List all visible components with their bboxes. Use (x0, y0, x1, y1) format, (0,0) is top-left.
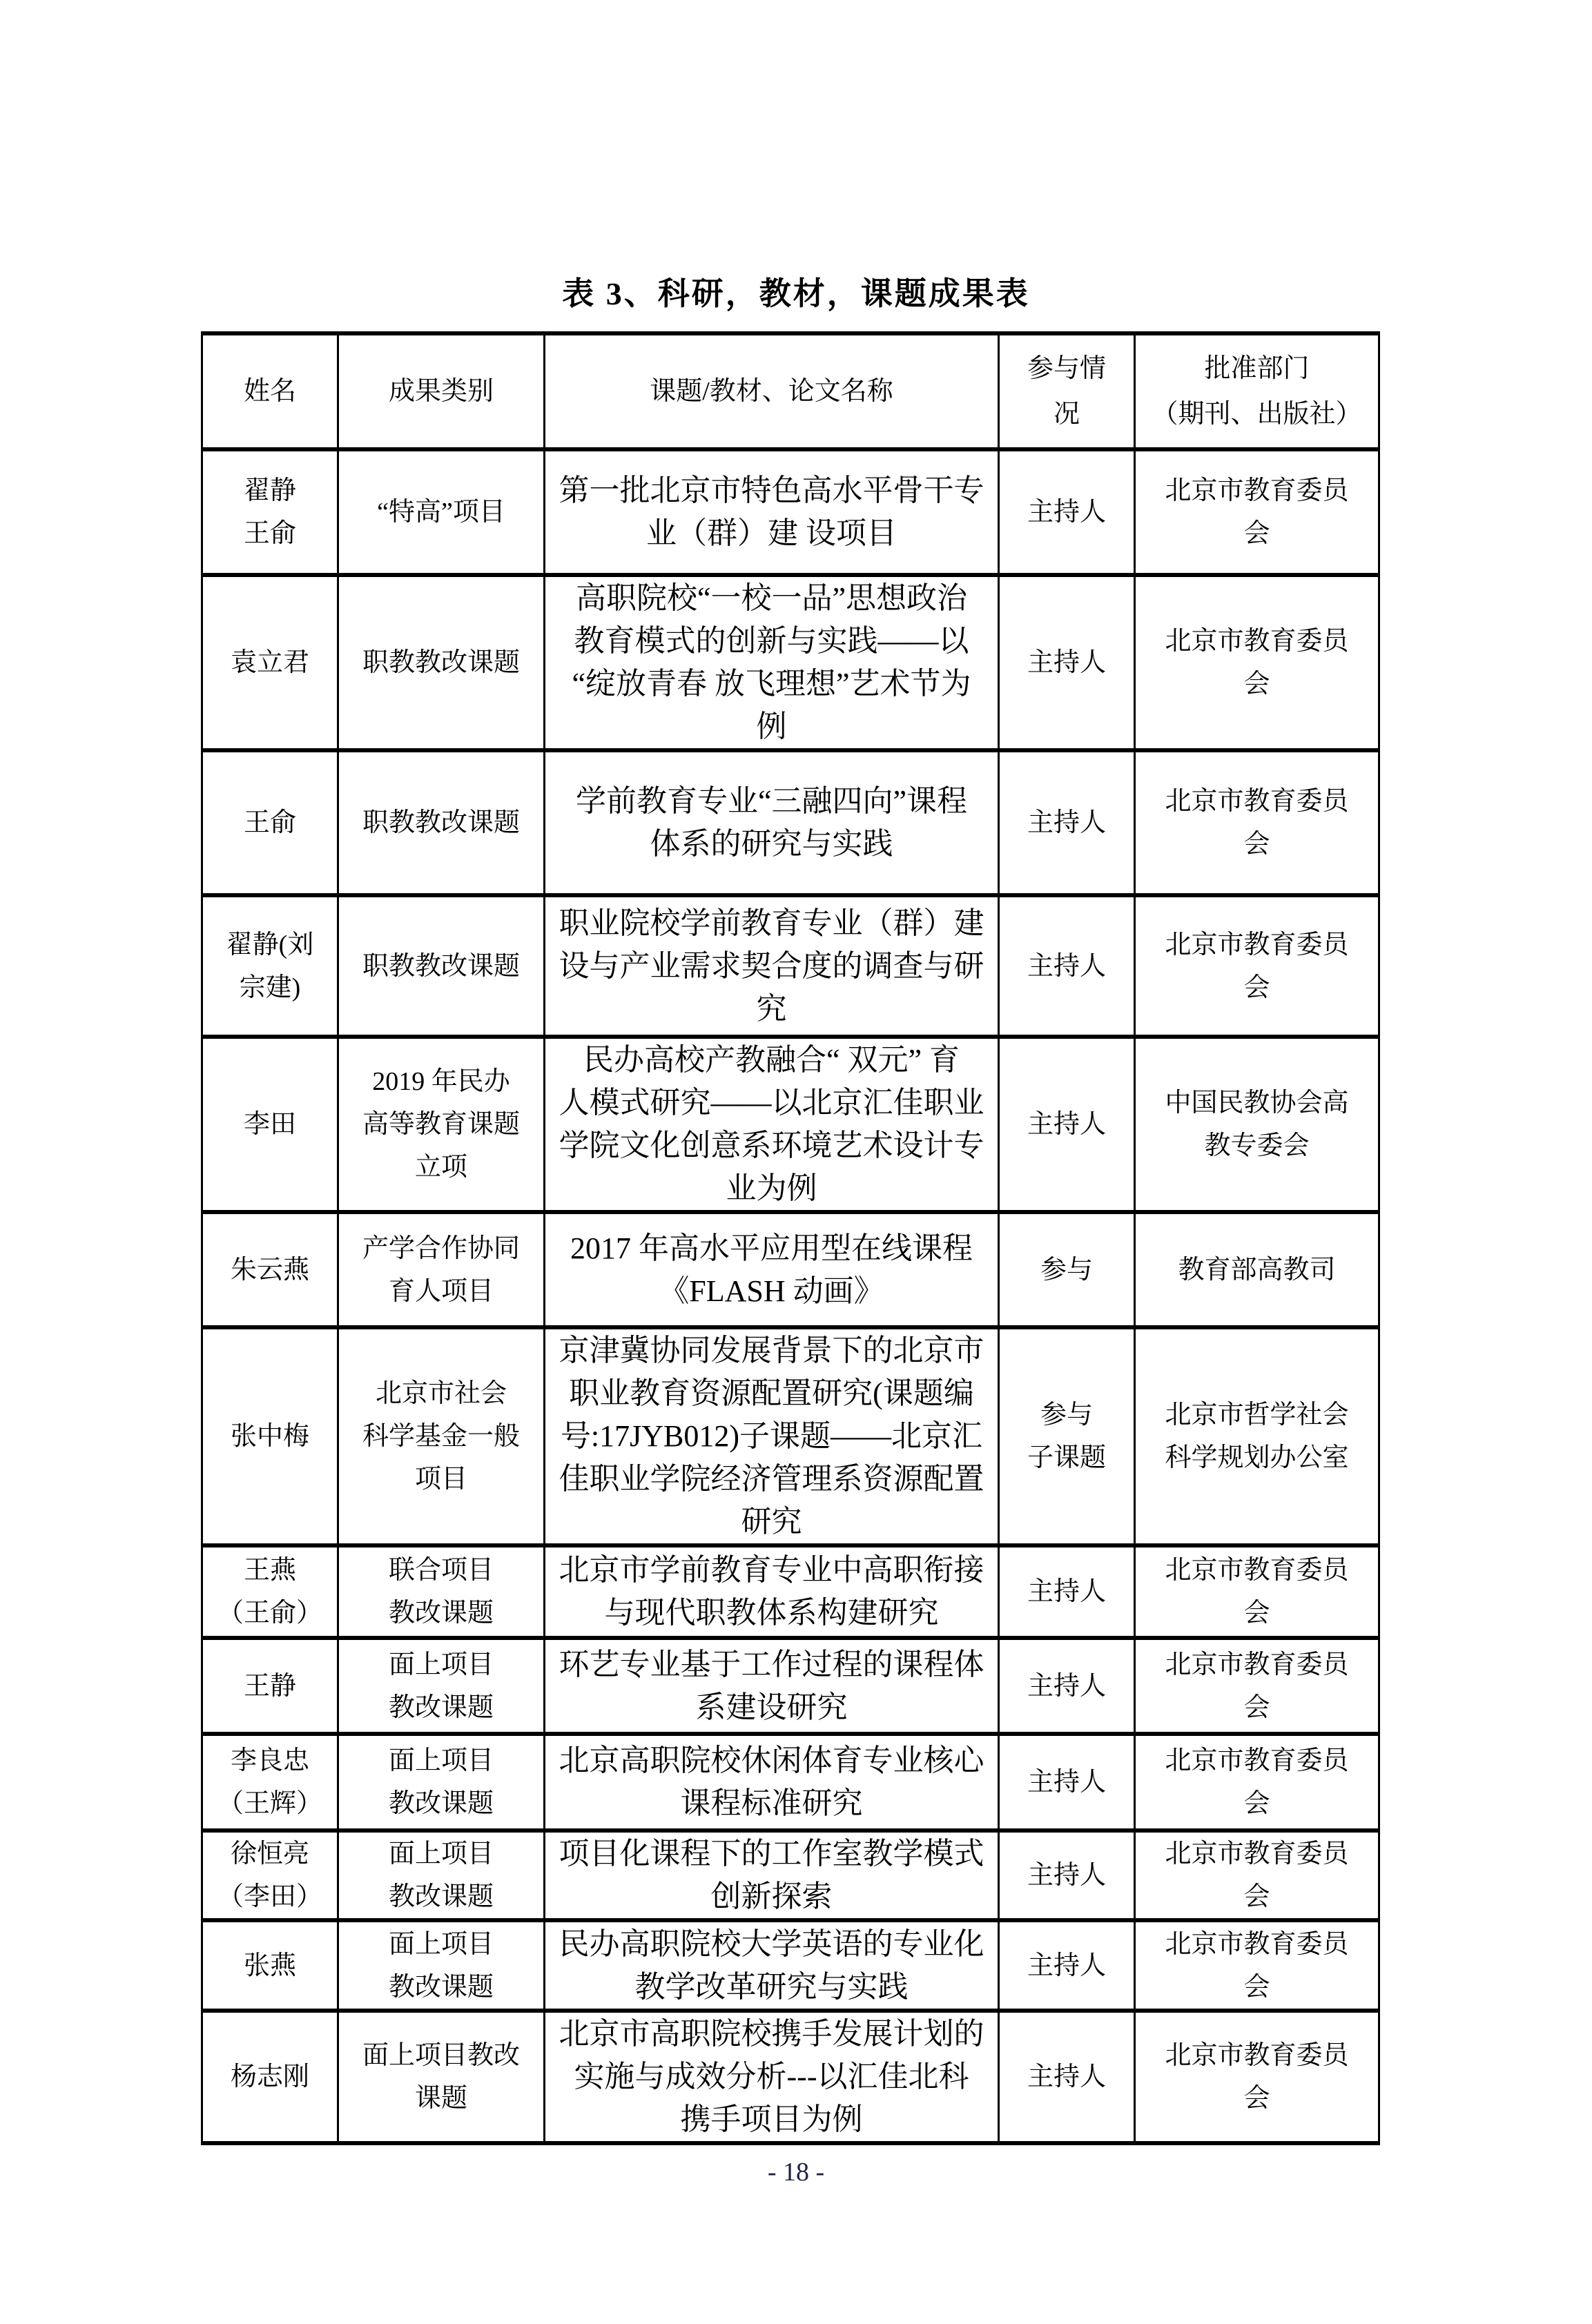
cell-participation: 参与 (999, 1212, 1135, 1327)
cell-name: 徐恒亮 （李田） (202, 1830, 338, 1920)
table-row: 王俞 职教教改课题 学前教育专业“三融四向”课程 体系的研究与实践 主持人 北京… (202, 750, 1379, 895)
cell-work: 北京市高职院校携手发展计划的 实施与成效分析---以汇佳北科 携手项目为例 (545, 2011, 999, 2143)
cell-work: 职业院校学前教育专业（群）建 设与产业需求契合度的调查与研 究 (545, 895, 999, 1037)
cell-category: 产学合作协同 育人项目 (338, 1212, 545, 1327)
header-category: 成果类别 (338, 333, 545, 449)
table-row: 王燕 （王俞） 联合项目 教改课题 北京市学前教育专业中高职衔接 与现代职教体系… (202, 1545, 1379, 1638)
cell-category: 北京市社会 科学基金一般 项目 (338, 1327, 545, 1545)
table-row: 张燕 面上项目 教改课题 民办高职院校大学英语的专业化 教学改革研究与实践 主持… (202, 1920, 1379, 2011)
cell-department: 北京市教育委员 会 (1135, 1638, 1379, 1734)
cell-work: 高职院校“一校一品”思想政治 教育模式的创新与实践——以 “绽放青春 放飞理想”… (545, 575, 999, 750)
cell-department: 北京市教育委员 会 (1135, 1920, 1379, 2011)
cell-name: 王静 (202, 1638, 338, 1734)
cell-work: 京津冀协同发展背景下的北京市 职业教育资源配置研究(课题编 号:17JYB012… (545, 1327, 999, 1545)
cell-name: 张燕 (202, 1920, 338, 2011)
cell-category: 2019 年民办 高等教育课题 立项 (338, 1037, 545, 1212)
table-row: 翟静 王俞 “特高”项目 第一批北京市特色高水平骨干专 业（群）建 设项目 主持… (202, 449, 1379, 575)
cell-department: 北京市教育委员 会 (1135, 895, 1379, 1037)
header-department: 批准部门 （期刊、出版社） (1135, 333, 1379, 449)
cell-department: 中国民教协会高 教专委会 (1135, 1037, 1379, 1212)
cell-work: 北京市学前教育专业中高职衔接 与现代职教体系构建研究 (545, 1545, 999, 1638)
cell-name: 李良忠 （王辉） (202, 1734, 338, 1830)
cell-participation: 主持人 (999, 575, 1135, 750)
cell-work: 2017 年高水平应用型在线课程 《FLASH 动画》 (545, 1212, 999, 1327)
cell-name: 杨志刚 (202, 2011, 338, 2143)
cell-category: 联合项目 教改课题 (338, 1545, 545, 1638)
cell-category: 面上项目教改 课题 (338, 2011, 545, 2143)
table-row: 张中梅 北京市社会 科学基金一般 项目 京津冀协同发展背景下的北京市 职业教育资… (202, 1327, 1379, 1545)
cell-name: 李田 (202, 1037, 338, 1212)
cell-work: 学前教育专业“三融四向”课程 体系的研究与实践 (545, 750, 999, 895)
table-header-row: 姓名 成果类别 课题/教材、论文名称 参与情 况 批准部门 （期刊、出版社） (202, 333, 1379, 449)
cell-participation: 主持人 (999, 1638, 1135, 1734)
table-row: 王静 面上项目 教改课题 环艺专业基于工作过程的课程体 系建设研究 主持人 北京… (202, 1638, 1379, 1734)
cell-participation: 主持人 (999, 895, 1135, 1037)
cell-name: 翟静(刘 宗建) (202, 895, 338, 1037)
cell-category: 职教教改课题 (338, 895, 545, 1037)
cell-name: 张中梅 (202, 1327, 338, 1545)
header-participation: 参与情 况 (999, 333, 1135, 449)
table-row: 杨志刚 面上项目教改 课题 北京市高职院校携手发展计划的 实施与成效分析---以… (202, 2011, 1379, 2143)
cell-department: 北京市教育委员 会 (1135, 2011, 1379, 2143)
cell-name: 王俞 (202, 750, 338, 895)
cell-department: 北京市教育委员 会 (1135, 750, 1379, 895)
table-row: 朱云燕 产学合作协同 育人项目 2017 年高水平应用型在线课程 《FLASH … (202, 1212, 1379, 1327)
cell-department: 北京市教育委员 会 (1135, 1830, 1379, 1920)
cell-work: 北京高职院校休闲体育专业核心 课程标准研究 (545, 1734, 999, 1830)
document-page: 表 3、科研，教材，课题成果表 姓名 成果类别 课题/教材、论文名称 参与情 况… (0, 0, 1592, 2324)
cell-category: 面上项目 教改课题 (338, 1830, 545, 1920)
cell-participation: 主持人 (999, 449, 1135, 575)
cell-work: 项目化课程下的工作室教学模式 创新探索 (545, 1830, 999, 1920)
cell-participation: 主持人 (999, 750, 1135, 895)
table-row: 徐恒亮 （李田） 面上项目 教改课题 项目化课程下的工作室教学模式 创新探索 主… (202, 1830, 1379, 1920)
header-name: 姓名 (202, 333, 338, 449)
cell-participation: 主持人 (999, 1037, 1135, 1212)
cell-category: “特高”项目 (338, 449, 545, 575)
results-table: 姓名 成果类别 课题/教材、论文名称 参与情 况 批准部门 （期刊、出版社） 翟… (201, 331, 1380, 2145)
table-row: 翟静(刘 宗建) 职教教改课题 职业院校学前教育专业（群）建 设与产业需求契合度… (202, 895, 1379, 1037)
cell-name: 王燕 （王俞） (202, 1545, 338, 1638)
header-work: 课题/教材、论文名称 (545, 333, 999, 449)
cell-participation: 主持人 (999, 1830, 1135, 1920)
cell-name: 袁立君 (202, 575, 338, 750)
table-row: 李田 2019 年民办 高等教育课题 立项 民办高校产教融合“ 双元” 育 人模… (202, 1037, 1379, 1212)
cell-department: 北京市教育委员 会 (1135, 1545, 1379, 1638)
cell-category: 面上项目 教改课题 (338, 1638, 545, 1734)
cell-category: 面上项目 教改课题 (338, 1734, 545, 1830)
cell-participation: 主持人 (999, 1734, 1135, 1830)
cell-name: 朱云燕 (202, 1212, 338, 1327)
cell-category: 职教教改课题 (338, 575, 545, 750)
cell-work: 民办高校产教融合“ 双元” 育 人模式研究——以北京汇佳职业 学院文化创意系环境… (545, 1037, 999, 1212)
cell-work: 环艺专业基于工作过程的课程体 系建设研究 (545, 1638, 999, 1734)
cell-participation: 参与 子课题 (999, 1327, 1135, 1545)
cell-participation: 主持人 (999, 2011, 1135, 2143)
cell-participation: 主持人 (999, 1545, 1135, 1638)
cell-work: 第一批北京市特色高水平骨干专 业（群）建 设项目 (545, 449, 999, 575)
cell-work: 民办高职院校大学英语的专业化 教学改革研究与实践 (545, 1920, 999, 2011)
page-title: 表 3、科研，教材，课题成果表 (0, 273, 1592, 315)
cell-category: 职教教改课题 (338, 750, 545, 895)
cell-category: 面上项目 教改课题 (338, 1920, 545, 2011)
cell-participation: 主持人 (999, 1920, 1135, 2011)
cell-department: 教育部高教司 (1135, 1212, 1379, 1327)
cell-department: 北京市教育委员 会 (1135, 575, 1379, 750)
table-row: 李良忠 （王辉） 面上项目 教改课题 北京高职院校休闲体育专业核心 课程标准研究… (202, 1734, 1379, 1830)
page-number: - 18 - (0, 2155, 1592, 2189)
cell-department: 北京市哲学社会 科学规划办公室 (1135, 1327, 1379, 1545)
cell-department: 北京市教育委员 会 (1135, 449, 1379, 575)
cell-department: 北京市教育委员 会 (1135, 1734, 1379, 1830)
cell-name: 翟静 王俞 (202, 449, 338, 575)
table-row: 袁立君 职教教改课题 高职院校“一校一品”思想政治 教育模式的创新与实践——以 … (202, 575, 1379, 750)
